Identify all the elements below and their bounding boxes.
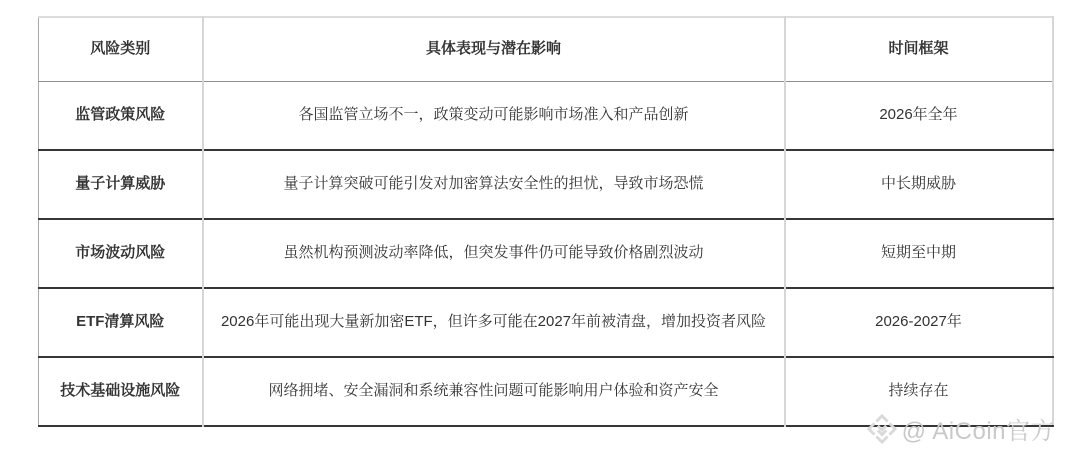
- cell-category: 市场波动风险: [39, 219, 203, 288]
- header-timeframe: 时间框架: [785, 17, 1053, 81]
- table-row: 市场波动风险 虽然机构预测波动率降低，但突发事件仍可能导致价格剧烈波动 短期至中…: [39, 219, 1053, 288]
- cell-category: ETF清算风险: [39, 288, 203, 357]
- cell-category: 量子计算威胁: [39, 150, 203, 219]
- table-row: 监管政策风险 各国监管立场不一，政策变动可能影响市场准入和产品创新 2026年全…: [39, 81, 1053, 150]
- table-header-row: 风险类别 具体表现与潜在影响 时间框架: [39, 17, 1053, 81]
- header-risk-category: 风险类别: [39, 17, 203, 81]
- cell-category: 技术基础设施风险: [39, 357, 203, 426]
- cell-impact: 网络拥堵、安全漏洞和系统兼容性问题可能影响用户体验和资产安全: [203, 357, 785, 426]
- table-row: 量子计算威胁 量子计算突破可能引发对加密算法安全性的担忧，导致市场恐慌 中长期威…: [39, 150, 1053, 219]
- cell-impact: 量子计算突破可能引发对加密算法安全性的担忧，导致市场恐慌: [203, 150, 785, 219]
- table-row: ETF清算风险 2026年可能出现大量新加密ETF，但许多可能在2027年前被清…: [39, 288, 1053, 357]
- cell-impact: 2026年可能出现大量新加密ETF，但许多可能在2027年前被清盘，增加投资者风…: [203, 288, 785, 357]
- cell-timeframe: 短期至中期: [785, 219, 1053, 288]
- header-impact: 具体表现与潜在影响: [203, 17, 785, 81]
- cell-category: 监管政策风险: [39, 81, 203, 150]
- cell-timeframe: 2026-2027年: [785, 288, 1053, 357]
- table-row: 技术基础设施风险 网络拥堵、安全漏洞和系统兼容性问题可能影响用户体验和资产安全 …: [39, 357, 1053, 426]
- cell-impact: 虽然机构预测波动率降低，但突发事件仍可能导致价格剧烈波动: [203, 219, 785, 288]
- cell-timeframe: 2026年全年: [785, 81, 1053, 150]
- cell-impact: 各国监管立场不一，政策变动可能影响市场准入和产品创新: [203, 81, 785, 150]
- cell-timeframe: 持续存在: [785, 357, 1053, 426]
- risk-table: 风险类别 具体表现与潜在影响 时间框架 监管政策风险 各国监管立场不一，政策变动…: [38, 16, 1054, 427]
- page: 风险类别 具体表现与潜在影响 时间框架 监管政策风险 各国监管立场不一，政策变动…: [0, 0, 1069, 455]
- cell-timeframe: 中长期威胁: [785, 150, 1053, 219]
